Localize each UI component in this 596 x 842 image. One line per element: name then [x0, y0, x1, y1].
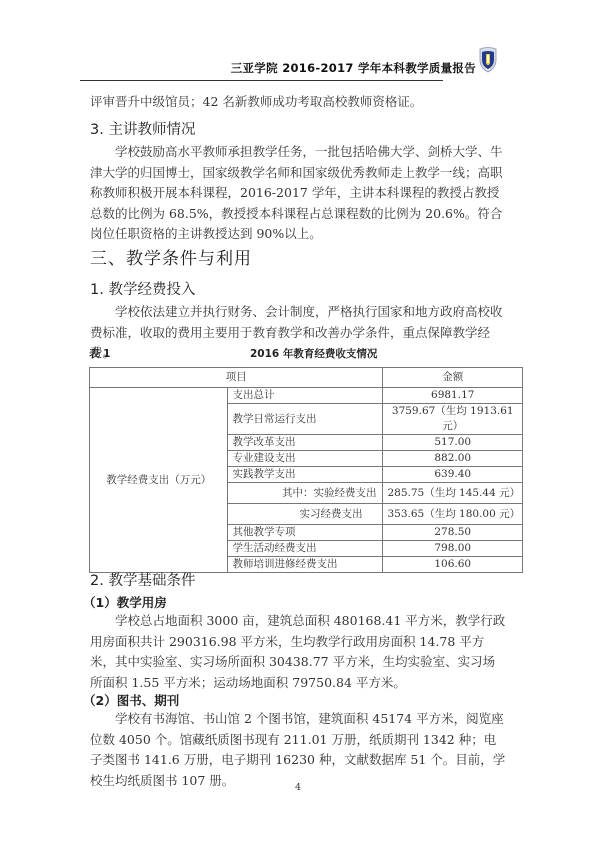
item-cell: 学生活动经费支出: [228, 541, 383, 557]
item-cell: 教学日常运行支出: [228, 404, 383, 435]
page-number: 4: [0, 782, 596, 793]
category-cell: 教学经费支出（万元）: [90, 388, 228, 573]
amount-cell: 882.00: [383, 451, 523, 467]
item-cell: 专业建设支出: [228, 451, 383, 467]
amount-cell: 639.40: [383, 467, 523, 483]
item-cell: 教学改革支出: [228, 435, 383, 451]
amount-cell: 278.50: [383, 525, 523, 541]
item-cell: 教师培训进修经费支出: [228, 557, 383, 573]
item-cell: 支出总计: [228, 388, 383, 404]
lecturers-paragraph: 学校鼓励高水平教师承担教学任务，一批包括哈佛大学、剑桥大学、牛津大学的归国博士，…: [90, 142, 506, 245]
table-header-row: 项目 金额: [90, 368, 523, 388]
library-paragraph: 学校有书海馆、书山馆 2 个图书馆，建筑面积 45174 平方米，阅览座位数 4…: [90, 709, 506, 791]
item-cell: 其他教学专项: [228, 525, 383, 541]
report-title: 三亚学院 2016-2017 学年本科教学质量报告: [231, 60, 476, 76]
chapter-heading-conditions: 三、教学条件与利用: [90, 244, 252, 269]
section-heading-infrastructure: 2. 教学基础条件: [90, 569, 195, 590]
carry-over-text: 评审晋升中级馆员；42 名新教师成功考取高校教师资格证。: [90, 92, 506, 113]
amount-cell: 106.60: [383, 557, 523, 573]
table-row: 教学经费支出（万元） 支出总计 6981.17: [90, 388, 523, 404]
section-heading-lecturers: 3. 主讲教师情况: [90, 118, 195, 139]
item-cell: 实习经费支出: [228, 504, 383, 525]
university-shield-logo-icon: [478, 46, 498, 73]
amount-cell: 285.75（生均 145.44 元）: [383, 483, 523, 504]
amount-cell: 798.00: [383, 541, 523, 557]
table-label: 表 1: [89, 346, 110, 361]
page-header: 三亚学院 2016-2017 学年本科教学质量报告: [80, 46, 500, 78]
table-title: 2016 年教育经费收支情况: [250, 346, 377, 361]
item-cell: 实践教学支出: [228, 467, 383, 483]
header-rule: [80, 80, 443, 81]
header-amount: 金额: [383, 368, 523, 388]
header-item: 项目: [90, 368, 383, 388]
amount-cell: 517.00: [383, 435, 523, 451]
document-page: 三亚学院 2016-2017 学年本科教学质量报告 评审晋升中级馆员；42 名新…: [0, 0, 596, 842]
amount-cell: 3759.67（生均 1913.61 元）: [383, 404, 523, 435]
amount-cell: 353.65（生均 180.00 元）: [383, 504, 523, 525]
buildings-paragraph: 学校总占地面积 3000 亩，建筑总面积 480168.41 平方米，教学行政用…: [90, 611, 506, 693]
subsection-heading-buildings: （1）教学用房: [83, 593, 167, 611]
subsection-heading-library: （2）图书、期刊: [83, 691, 179, 709]
amount-cell: 6981.17: [383, 388, 523, 404]
funding-table: 项目 金额 教学经费支出（万元） 支出总计 6981.17 教学日常运行支出 3…: [89, 367, 523, 573]
section-heading-funding: 1. 教学经费投入: [90, 278, 195, 299]
item-cell: 其中：实验经费支出: [228, 483, 383, 504]
